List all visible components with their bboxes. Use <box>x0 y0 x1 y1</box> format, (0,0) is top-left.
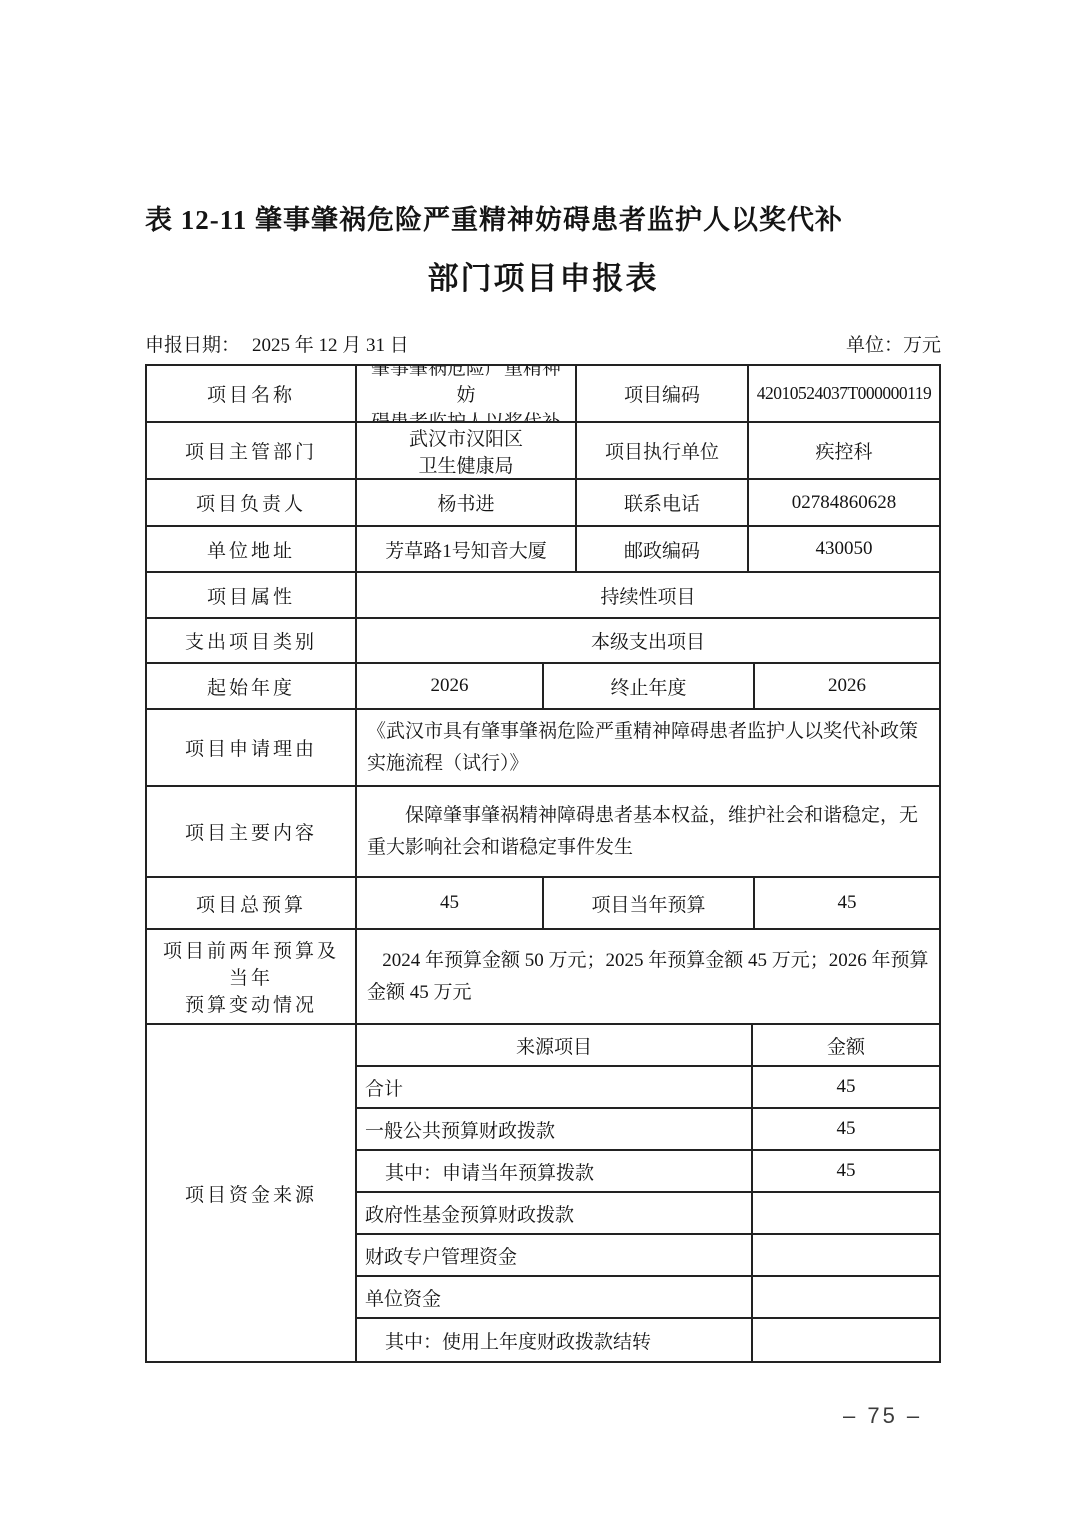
start-year-value: 2026 <box>357 664 544 708</box>
project-attribute-value: 持续性项目 <box>357 573 939 617</box>
funding-source-name: 其中：使用上年度财政拨款结转 <box>357 1319 753 1361</box>
current-year-budget-value: 45 <box>755 878 939 928</box>
funding-source-name: 政府性基金预算财政拨款 <box>357 1193 753 1233</box>
table-row-unit-address: 单位地址 芳草路1号知音大厦 邮政编码 430050 <box>147 527 939 573</box>
executing-unit-label: 项目执行单位 <box>577 423 749 478</box>
executing-unit-value: 疾控科 <box>749 423 939 478</box>
end-year-label: 终止年度 <box>544 664 755 708</box>
project-name-label: 项目名称 <box>147 366 357 421</box>
funding-amount: 45 <box>753 1109 939 1149</box>
table-row-application-reason: 项目申请理由 《武汉市具有肇事肇祸危险严重精神障碍患者监护人以奖代补政策实施流程… <box>147 710 939 787</box>
funding-amount <box>753 1319 939 1361</box>
total-budget-value: 45 <box>357 878 544 928</box>
funding-row-general-public-budget: 一般公共预算财政拨款 45 <box>357 1109 939 1151</box>
funding-amount: 45 <box>753 1151 939 1191</box>
application-reason-label: 项目申请理由 <box>147 710 357 785</box>
table-row-funding-source: 项目资金来源 来源项目 金额 合计 45 一般公共预算财政拨款 45 <box>147 1025 939 1361</box>
contact-phone-value: 02784860628 <box>749 480 939 525</box>
start-year-label: 起始年度 <box>147 664 357 708</box>
total-budget-label: 项目总预算 <box>147 878 357 928</box>
funding-source-name: 财政专户管理资金 <box>357 1235 753 1275</box>
funding-source-label: 项目资金来源 <box>147 1025 357 1361</box>
project-leader-label: 项目负责人 <box>147 480 357 525</box>
table-row-budget: 项目总预算 45 项目当年预算 45 <box>147 878 939 930</box>
funding-row-unit-funds: 单位资金 <box>357 1277 939 1319</box>
table-row-supervising-dept: 项目主管部门 武汉市汉阳区 卫生健康局 项目执行单位 疾控科 <box>147 423 939 480</box>
project-name-value: 肇事肇祸危险严重精神妨 碍患者监护人以奖代补 <box>357 366 577 421</box>
application-form-table: 项目名称 肇事肇祸危险严重精神妨 碍患者监护人以奖代补 项目编码 4201052… <box>145 364 941 1363</box>
current-year-budget-label: 项目当年预算 <box>544 878 755 928</box>
funding-header-source: 来源项目 <box>357 1025 753 1065</box>
postal-code-value: 430050 <box>749 527 939 571</box>
end-year-value: 2026 <box>755 664 939 708</box>
declaration-date-value: 2025 年 12 月 31 日 <box>252 335 409 356</box>
table-row-project-attribute: 项目属性 持续性项目 <box>147 573 939 619</box>
supervising-dept-value: 武汉市汉阳区 卫生健康局 <box>357 423 577 478</box>
funding-amount <box>753 1193 939 1233</box>
project-attribute-label: 项目属性 <box>147 573 357 617</box>
funding-header-row: 来源项目 金额 <box>357 1025 939 1067</box>
funding-amount <box>753 1277 939 1317</box>
table-row-main-content: 项目主要内容 保障肇事肇祸精神障碍患者基本权益，维护社会和谐稳定，无重大影响社会… <box>147 787 939 878</box>
document-title-line2: 部门项目申报表 <box>145 253 941 298</box>
project-code-value: 42010524037T000000119 <box>749 366 939 421</box>
project-code-label: 项目编码 <box>577 366 749 421</box>
funding-amount <box>753 1235 939 1275</box>
funding-row-current-year-appropriation: 其中：申请当年预算拨款 45 <box>357 1151 939 1193</box>
table-row-budget-history: 项目前两年预算及当年 预算变动情况 2024 年预算金额 50 万元；2025 … <box>147 930 939 1025</box>
funding-row-government-fund: 政府性基金预算财政拨款 <box>357 1193 939 1235</box>
funding-amount: 45 <box>753 1067 939 1107</box>
postal-code-label: 邮政编码 <box>577 527 749 571</box>
budget-history-label: 项目前两年预算及当年 预算变动情况 <box>147 930 357 1023</box>
table-row-project-name: 项目名称 肇事肇祸危险严重精神妨 碍患者监护人以奖代补 项目编码 4201052… <box>147 366 939 423</box>
funding-source-name: 合计 <box>357 1067 753 1107</box>
unit-address-label: 单位地址 <box>147 527 357 571</box>
declaration-date: 申报日期：2025 年 12 月 31 日 <box>145 330 409 357</box>
funding-row-total: 合计 45 <box>357 1067 939 1109</box>
table-row-years: 起始年度 2026 终止年度 2026 <box>147 664 939 710</box>
unit-address-value: 芳草路1号知音大厦 <box>357 527 577 571</box>
funding-source-name: 一般公共预算财政拨款 <box>357 1109 753 1149</box>
project-leader-value: 杨书进 <box>357 480 577 525</box>
table-row-project-leader: 项目负责人 杨书进 联系电话 02784860628 <box>147 480 939 527</box>
page-number: – 75 – <box>843 1403 922 1429</box>
main-content-label: 项目主要内容 <box>147 787 357 876</box>
main-content-value: 保障肇事肇祸精神障碍患者基本权益，维护社会和谐稳定，无重大影响社会和谐稳定事件发… <box>357 787 939 876</box>
funding-row-fiscal-special-account: 财政专户管理资金 <box>357 1235 939 1277</box>
table-row-expense-category: 支出项目类别 本级支出项目 <box>147 619 939 664</box>
funding-source-name: 单位资金 <box>357 1277 753 1317</box>
funding-source-name: 其中：申请当年预算拨款 <box>357 1151 753 1191</box>
expense-category-label: 支出项目类别 <box>147 619 357 662</box>
funding-source-subtable: 来源项目 金额 合计 45 一般公共预算财政拨款 45 其中：申请当年预算拨款 … <box>357 1025 939 1361</box>
supervising-dept-label: 项目主管部门 <box>147 423 357 478</box>
document-title-line1: 表 12-11 肇事肇祸危险严重精神妨碍患者监护人以奖代补 <box>145 198 941 237</box>
contact-phone-label: 联系电话 <box>577 480 749 525</box>
funding-row-carryover: 其中：使用上年度财政拨款结转 <box>357 1319 939 1361</box>
expense-category-value: 本级支出项目 <box>357 619 939 662</box>
unit-label: 单位：万元 <box>846 330 941 357</box>
document-page: 表 12-11 肇事肇祸危险严重精神妨碍患者监护人以奖代补 部门项目申报表 申报… <box>0 0 1074 1520</box>
funding-header-amount: 金额 <box>753 1025 939 1065</box>
meta-row: 申报日期：2025 年 12 月 31 日 单位：万元 <box>145 330 941 357</box>
application-reason-value: 《武汉市具有肇事肇祸危险严重精神障碍患者监护人以奖代补政策实施流程（试行）》 <box>357 710 939 785</box>
declaration-date-label: 申报日期： <box>145 335 240 356</box>
document-content: 表 12-11 肇事肇祸危险严重精神妨碍患者监护人以奖代补 部门项目申报表 申报… <box>145 198 941 1363</box>
budget-history-value: 2024 年预算金额 50 万元；2025 年预算金额 45 万元；2026 年… <box>357 930 939 1023</box>
